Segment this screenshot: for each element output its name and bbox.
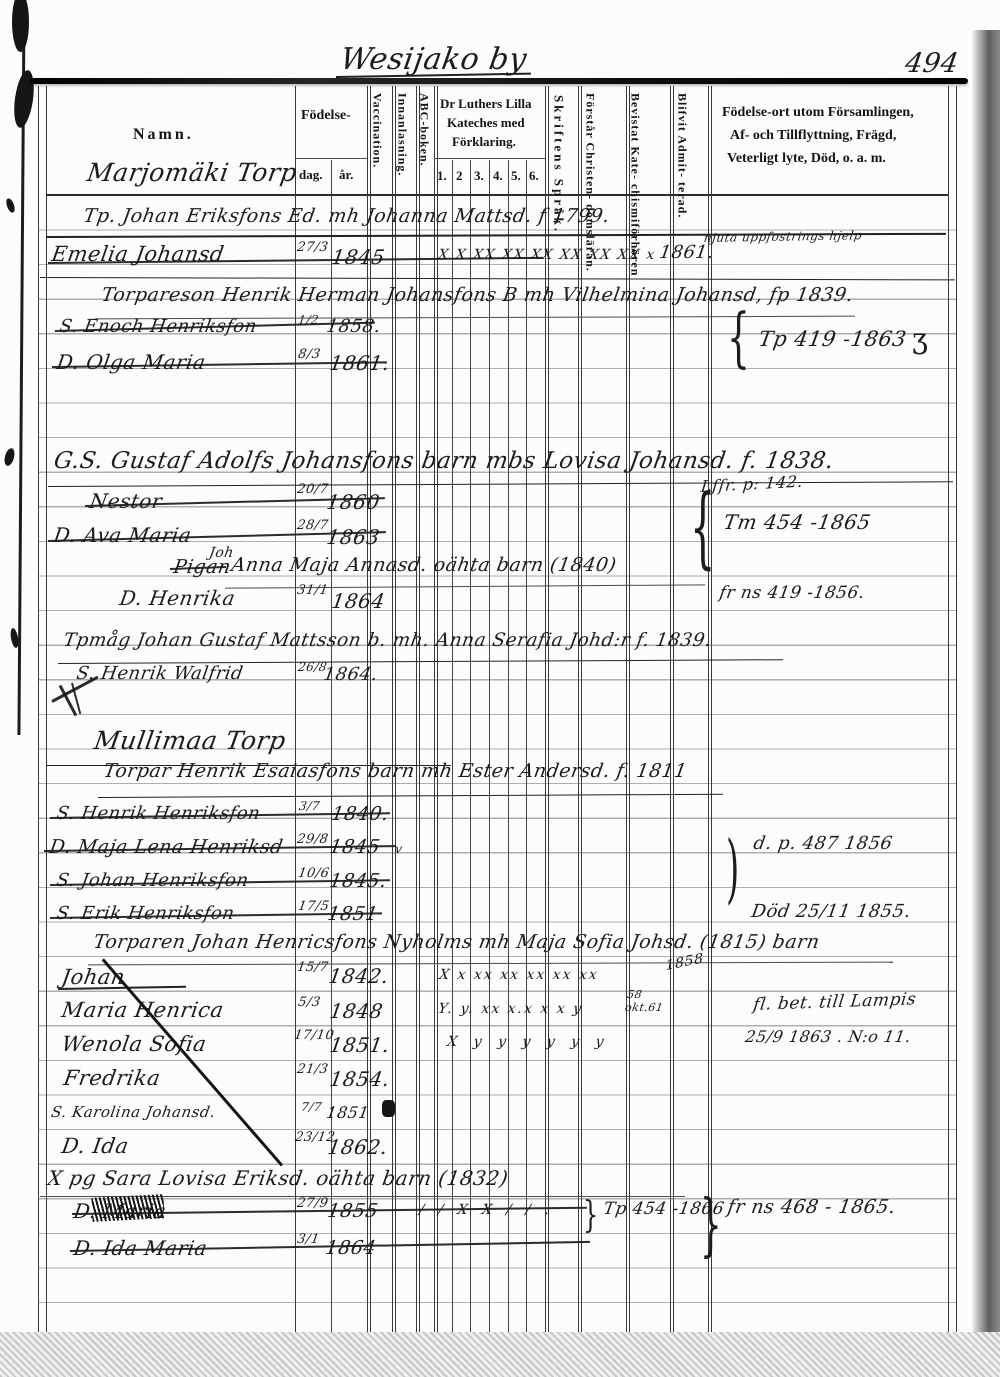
col-header-abc-boken: ABC-boken. — [418, 93, 431, 253]
entry-day-henrika: 31/1 — [296, 583, 330, 598]
entry-name-johan-henriksfon: S. Johan Henriksfon — [55, 870, 250, 891]
family-header-henrik-esaias: Torpar Henrik Esaiasfons barn mh Ester A… — [102, 760, 689, 782]
family-header-johan-eriksfon: Tp. Johan Eriksfons Ed. mh Johanna Matts… — [82, 205, 611, 227]
kateches-subheader-line — [434, 158, 545, 159]
entry-day-nestor: 20/7 — [296, 482, 330, 497]
entry-year-nestor: 1860 — [325, 490, 382, 514]
note-tm454-1865: Tm 454 -1865 — [722, 510, 873, 534]
col-header-fodelseort-line2: Af- och Tillflyttning, Frägd, — [730, 128, 896, 144]
entry-year-ava: 1863 — [325, 525, 382, 549]
entry-name-henrik-walfrid: S. Henrik Walfrid — [75, 663, 245, 684]
ink-blot-karolina — [382, 1100, 395, 1117]
name-scribble-overlay — [91, 1194, 164, 1222]
entry-marks-johan: X x xx xx xx xx xx — [438, 967, 600, 983]
family-header-anna-maja: Anna Maja Annasd. oähta barn (1840) — [230, 554, 618, 576]
entry-name-karolina: S. Karolina Johansd. — [50, 1103, 217, 1121]
note-tp419-1863: Tp 419 -1863 — [757, 327, 908, 351]
col-header-namn: Namn. — [133, 126, 194, 144]
entry-year-henrika: 1864 — [330, 589, 387, 613]
col-header-skriftens-sprak: Skriftens Språk. — [552, 95, 566, 440]
entry-year-karolina: 1851 — [325, 1103, 371, 1122]
entry-year-enoch: 1858. — [325, 316, 382, 337]
entry-year-walfrid: 1864. — [322, 664, 379, 685]
kateches-col-6: 6. — [529, 168, 539, 184]
family-header-tpmag-johan: Tpmåg Johan Gustaf Mattsson b. mh. Anna … — [62, 630, 713, 651]
entry-name-erik-henriksfon: S. Erik Henriksfon — [55, 903, 236, 924]
entry-day-karolina: 7/7 — [300, 1100, 323, 1114]
entry-year-fredrika: 1854. — [328, 1067, 392, 1091]
entry-day-ava: 28/7 — [296, 518, 330, 533]
entry-year-ida: 1862. — [326, 1135, 390, 1159]
brace-tp419-open: { — [727, 302, 750, 376]
entry-year-johan: 1842. — [327, 964, 391, 988]
kateches-col-2: 2 — [456, 168, 463, 184]
family-header-gustaf-adolf: G.S. Gustaf Adolfs Johansfons barn mbs L… — [52, 448, 836, 474]
fodelse-subheader-line — [295, 158, 367, 159]
note-dp487-1856: d. p. 487 1856 — [752, 833, 894, 854]
entry-admitted-emelia: 1861. — [658, 242, 715, 263]
brace-tm454: { — [690, 478, 715, 579]
note-uppfostrings-hjelp: njuta uppfostrings hjelp — [703, 228, 863, 245]
note-dod-1855: Död 25/11 1855. — [750, 901, 912, 922]
entry-day-emelia: 27/3 — [296, 240, 330, 255]
village-title: Wesijako by — [338, 42, 529, 77]
note-1863-no11: 25/9 1863 . N:o 11. — [744, 1027, 912, 1046]
entry-marks-emelia: X X XX XX XX XX XX XX x — [437, 247, 657, 263]
spine-mark-1 — [5, 197, 17, 213]
col-header-kateches-line2: Kateches med — [447, 115, 525, 131]
kateches-col-3: 3. — [474, 168, 484, 184]
entry-day-johan-h: 10/6 — [297, 866, 331, 881]
brace-tp454-small: } — [583, 1194, 598, 1236]
col-header-kateches-line1: Dr Luthers Lilla — [440, 96, 532, 112]
entry-name-olga-maria: D. Olga Maria — [55, 350, 208, 374]
entry-day-johan: 15/7 — [296, 960, 330, 975]
entry-day-maja-lena: 29/8 — [296, 832, 330, 847]
entry-day-henrik-h: 3/7 — [298, 799, 321, 813]
col-header-vaccination: Vaccination. — [371, 93, 384, 253]
entry-year-emelia: 1845 — [330, 245, 387, 269]
family-header-johan-henricsfon: Torparen Johan Henricsfons Nyholms mh Ma… — [92, 931, 821, 953]
entry-day-maria-s: 27/9 — [296, 1196, 330, 1211]
entry-name-fredrika: Fredrika — [62, 1066, 162, 1090]
brace-tp419-close: ʒ — [912, 322, 928, 355]
entry-day-wenola: 17/10 — [293, 1028, 335, 1043]
kateches-col-5: 5. — [511, 168, 521, 184]
entry-name-ava-maria: D. Ava Maria — [52, 523, 193, 547]
section-title-mullimaa: Mullimaa Torp — [92, 726, 288, 755]
right-scan-band — [972, 30, 1000, 1345]
spine-blob-top — [12, 0, 29, 52]
col-subheader-ar: år. — [339, 167, 353, 183]
entry-name-ida: D. Ida — [60, 1134, 131, 1158]
col-header-kateches-line3: Förklaring. — [452, 134, 516, 150]
family-header-sara-lovisa: X pg Sara Lovisa Eriksd. oähta barn (183… — [46, 1166, 510, 1190]
section-title-marjomaki: Marjomäki Torp — [85, 158, 299, 187]
note-frns468-1865: fr ns 468 - 1865. — [726, 1196, 897, 1218]
col-header-fodelseort-line1: Födelse-ort utom Församlingen, — [722, 105, 914, 121]
church-record-scan-page: Wesijako by 494 Namn. Födelse- dag. år. … — [0, 0, 1000, 1377]
kateches-col-4: 4. — [493, 168, 503, 184]
entry-day-fredrika: 21/3 — [296, 1062, 330, 1077]
entry-marks-maria-h: Y. y. xx x.x x x y — [437, 1001, 584, 1017]
bottom-noise-band — [0, 1332, 1000, 1377]
entry-year-ida-maria: 1864 — [324, 1237, 378, 1259]
entry-marks-wenola: X y y y y y y — [446, 1034, 611, 1050]
table-top-rule — [30, 78, 968, 84]
entry-marks-maria-s: / / X X / / . — [418, 1202, 555, 1218]
spine-mark-2 — [3, 447, 16, 467]
brace-dp487: ) — [726, 826, 739, 914]
col-header-fodelse: Födelse- — [301, 108, 351, 124]
entry-day-maria-h: 5/3 — [297, 995, 322, 1010]
brace-frns468: } — [700, 1186, 722, 1266]
kateches-col-1: 1. — [437, 168, 447, 184]
entry-name-henrika: D. Henrika — [118, 586, 237, 610]
note-frns419-1856: fr ns 419 -1856. — [718, 583, 866, 603]
entry-name-maria-henrica: Maria Henrica — [60, 998, 226, 1022]
entry-day-erik: 17/5 — [297, 899, 331, 914]
entry-name-nestor: Nestor — [88, 489, 164, 513]
entry-bevistat-maria-h: 58 okt.61 — [624, 988, 670, 1014]
entry-year-maria-h: 1848 — [328, 999, 385, 1023]
page-number: 494 — [903, 48, 961, 79]
col-subheader-dag: dag. — [299, 167, 322, 183]
entry-day-olga: 8/3 — [297, 347, 322, 362]
col-header-innanlasning: Innanlasning. — [396, 93, 409, 253]
col-header-fodelseort-line3: Veterligt lyte, Död, o. a. m. — [727, 151, 886, 167]
entry-year-wenola: 1851. — [328, 1033, 392, 1057]
